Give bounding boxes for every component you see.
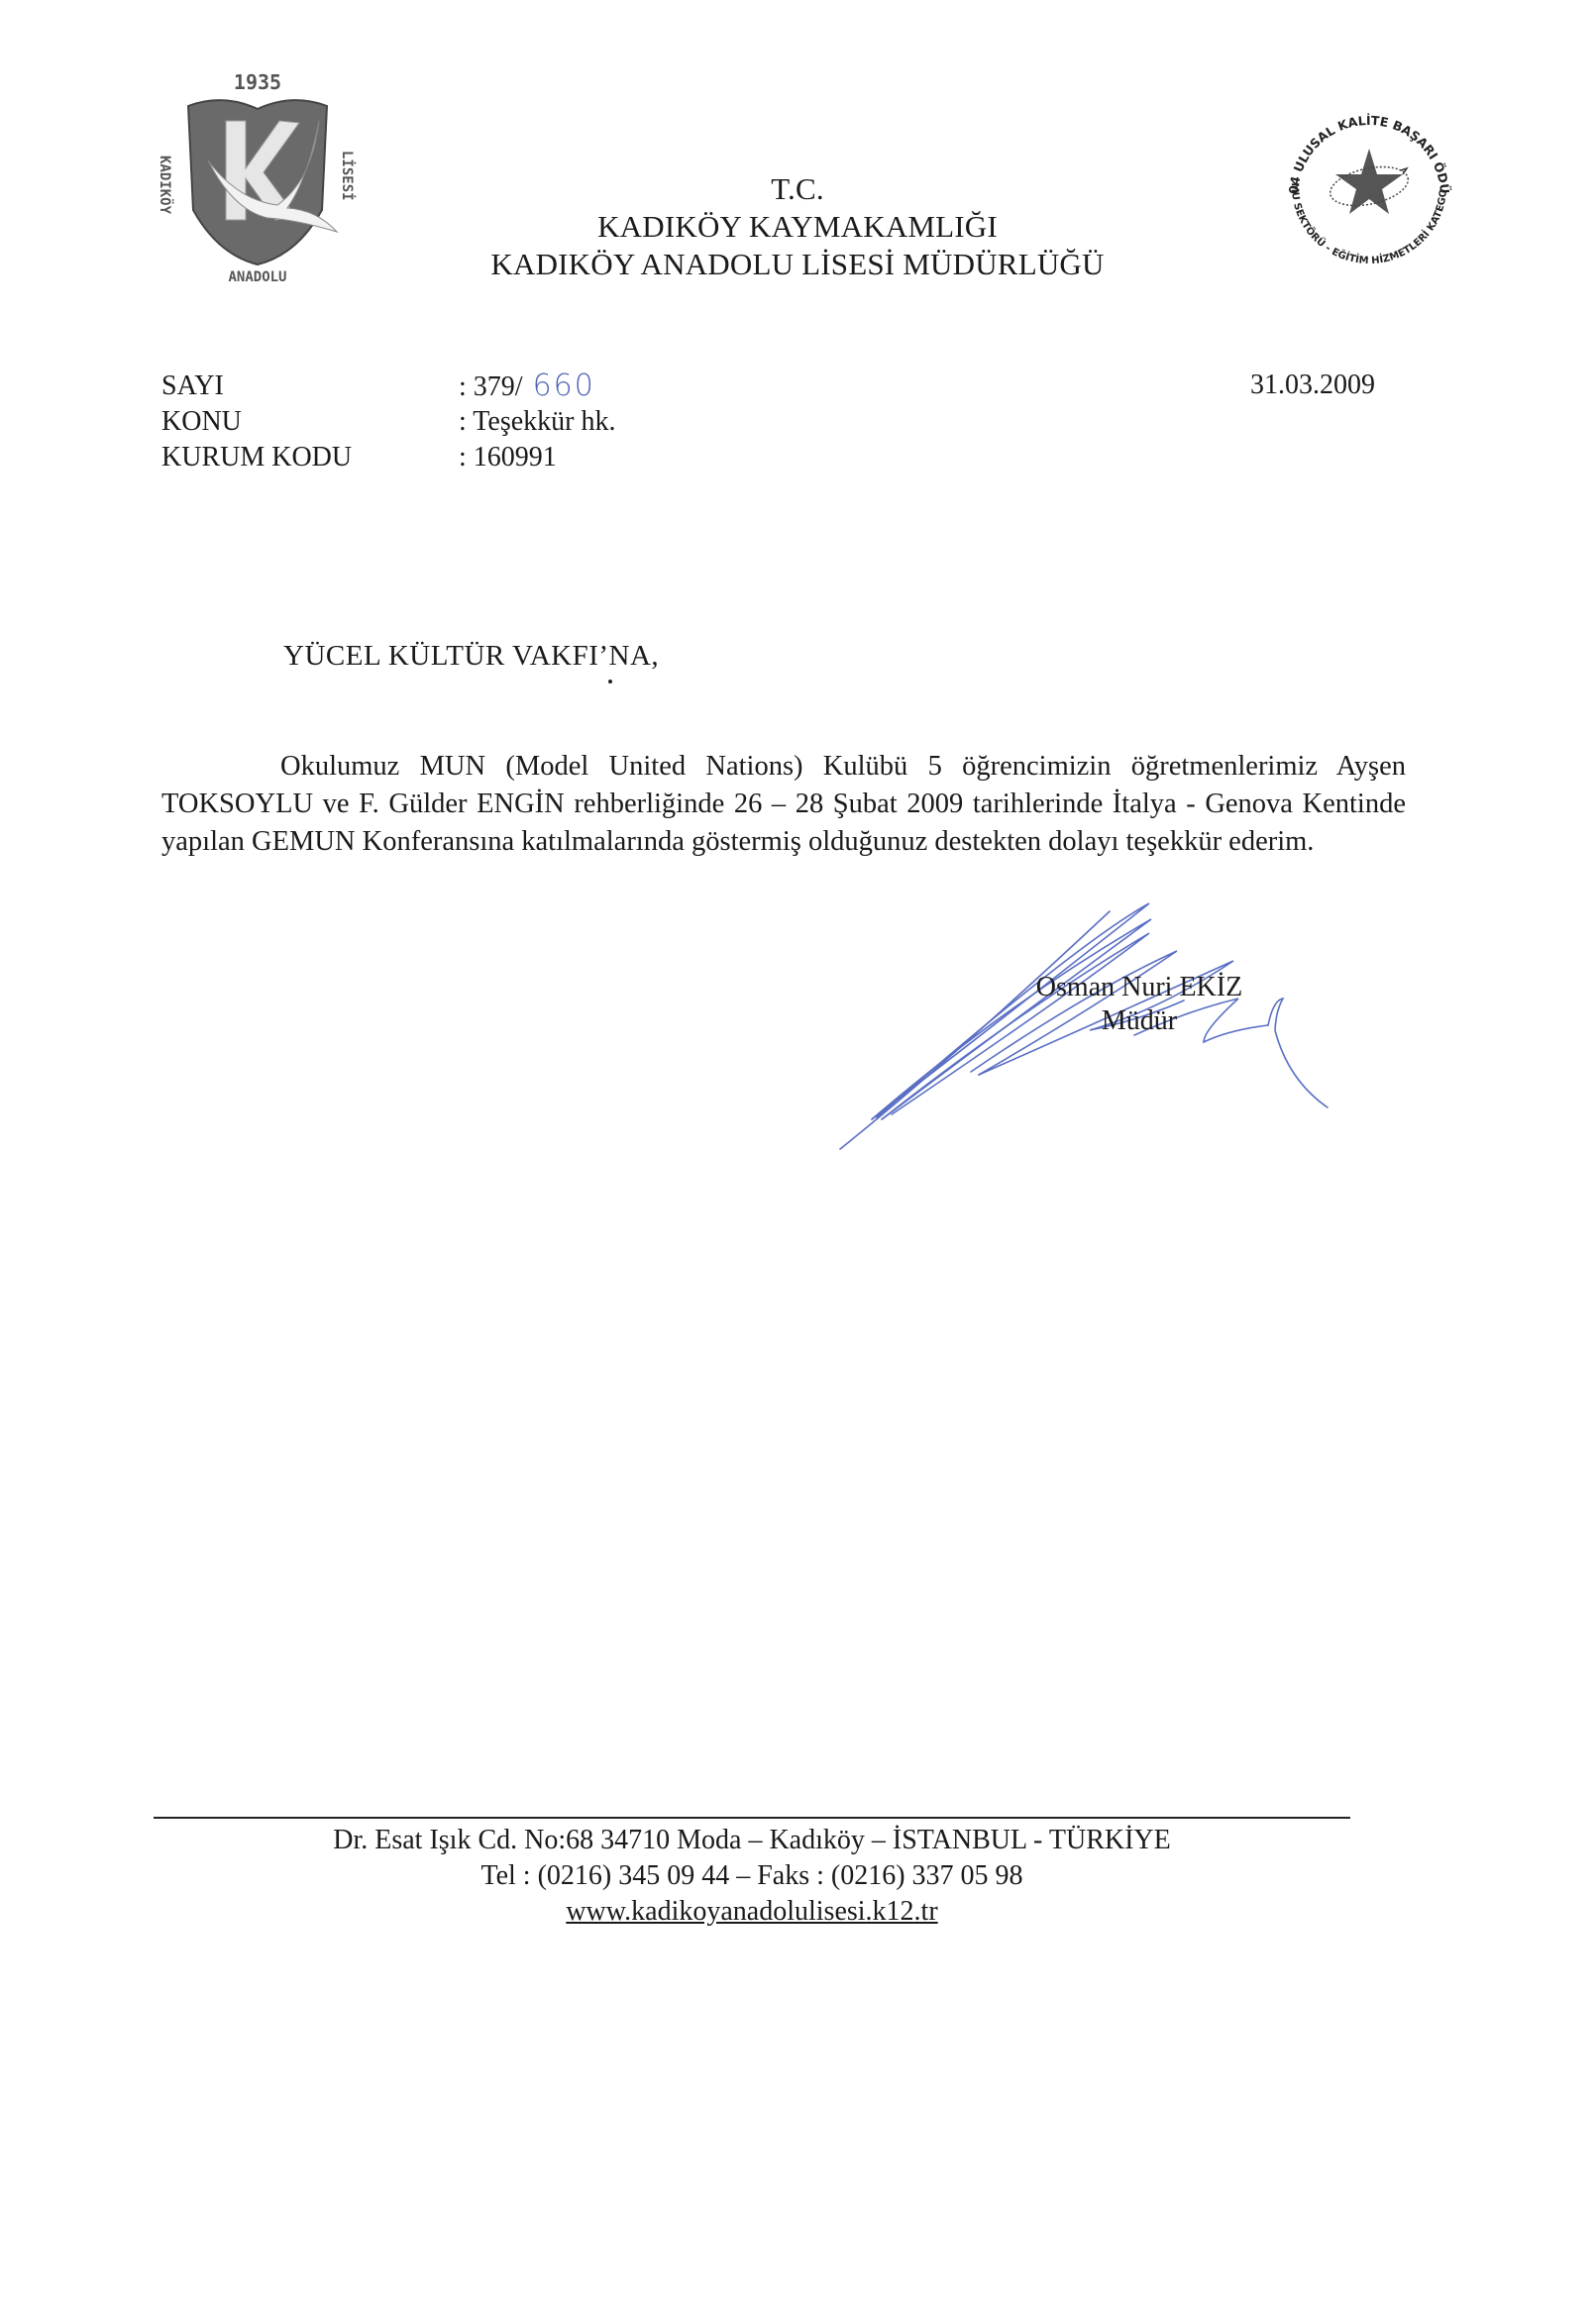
meta-row-konu: KONU : Teşekkür hk. <box>161 404 616 440</box>
meta-label: KURUM KODU <box>161 440 459 475</box>
document-meta: SAYI : 379/660 KONU : Teşekkür hk. KURUM… <box>161 368 616 475</box>
meta-row-sayi: SAYI : 379/660 <box>161 368 616 404</box>
meta-label: SAYI <box>161 368 459 404</box>
school-crest-logo: 1935 KADIKÖY LİSESİ ANADOLU <box>149 61 367 289</box>
crest-arc-right: LİSESİ <box>339 151 356 201</box>
footer-divider <box>154 1817 1350 1819</box>
header-tc: T.C. <box>396 170 1199 208</box>
header-kaymakamlik: KADIKÖY KAYMAKAMLIĞI <box>396 208 1199 246</box>
footer-website-link[interactable]: www.kadikoyanadolulisesi.k12.tr <box>566 1896 937 1927</box>
quality-award-seal: 2004 ULUSAL KALİTE BAŞARI ÖDÜLÜ KAMU SEK… <box>1270 87 1468 285</box>
handwritten-number: 660 <box>533 368 595 403</box>
crest-arc-left: KADIKÖY <box>157 156 174 215</box>
meta-label: KONU <box>161 404 459 440</box>
letter-body-text: Okulumuz MUN (Model United Nations) Kulü… <box>161 751 1406 857</box>
crest-arc-bottom: ANADOLU <box>228 269 286 285</box>
header-school-directorate: KADIKÖY ANADOLU LİSESİ MÜDÜRLÜĞÜ <box>396 246 1199 283</box>
footer: Dr. Esat Işık Cd. No:68 34710 Moda – Kad… <box>154 1823 1350 1930</box>
document-date: 31.03.2009 <box>1250 369 1375 401</box>
crest-year: 1935 <box>234 70 281 94</box>
signer-block: Osman Nuri EKİZ Müdür <box>991 971 1288 1038</box>
letterhead: T.C. KADIKÖY KAYMAKAMLIĞI KADIKÖY ANADOL… <box>396 170 1199 283</box>
stray-dot <box>608 680 612 684</box>
meta-row-kurum-kodu: KURUM KODU : 160991 <box>161 440 616 475</box>
letter-body: Okulumuz MUN (Model United Nations) Kulü… <box>161 748 1406 861</box>
recipient: YÜCEL KÜLTÜR VAKFI’NA, <box>283 640 659 673</box>
footer-address: Dr. Esat Işık Cd. No:68 34710 Moda – Kad… <box>154 1823 1350 1858</box>
meta-value: : Teşekkür hk. <box>459 404 616 440</box>
meta-value: : 379/660 <box>459 368 595 404</box>
footer-phone-fax: Tel : (0216) 345 09 44 – Faks : (0216) 3… <box>154 1858 1350 1894</box>
meta-value: : 160991 <box>459 440 557 475</box>
signer-title: Müdür <box>991 1004 1288 1038</box>
signer-name: Osman Nuri EKİZ <box>991 971 1288 1004</box>
